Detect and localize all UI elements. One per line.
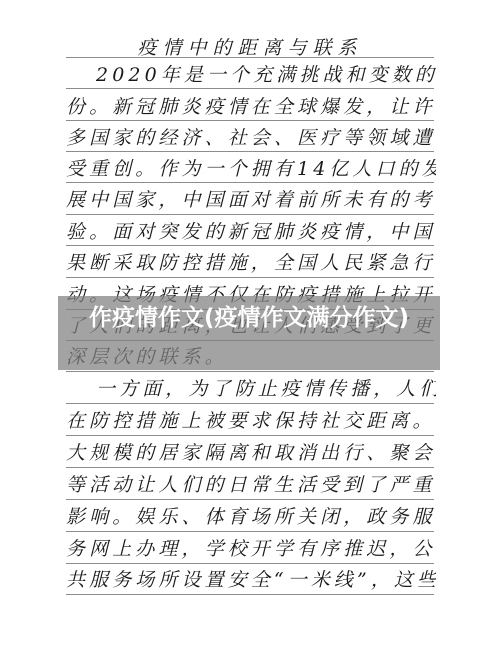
- essay-line: 在防控措施上被要求保持社交距离。: [66, 408, 436, 434]
- ruled-line: [66, 151, 434, 152]
- ruled-line: [66, 120, 434, 121]
- essay-title: 疫情中的距离与联系: [66, 33, 434, 57]
- essay-line: 等活动让人们的日常生活受到了严重: [66, 472, 436, 498]
- ruled-line: [66, 435, 434, 436]
- essay-line: 影响。娱乐、体育场所关闭，政务服: [66, 504, 436, 530]
- ruled-line: [66, 214, 434, 215]
- essay-line: 2020年是一个充满挑战和变数的年: [66, 62, 436, 88]
- essay-line: 展中国家，中国面对着前所未有的考: [66, 187, 436, 213]
- essay-line: 果断采取防控措施，全国人民紧急行: [66, 250, 436, 276]
- ruled-line: [66, 563, 434, 564]
- essay-line: 份。新冠肺炎疫情在全球爆发，让许: [66, 94, 436, 120]
- title-underline: [66, 57, 434, 58]
- essay-line: 受重创。作为一个拥有14亿人口的发: [66, 156, 436, 182]
- caption-overlay-text: 作疫情作文(疫情作文满分作文): [58, 296, 440, 333]
- ruled-line: [66, 182, 434, 183]
- essay-line: 验。面对突发的新冠肺炎疫情，中国: [66, 219, 436, 245]
- ruled-line: [66, 371, 434, 372]
- ruled-line: [66, 277, 434, 278]
- ruled-line: [66, 403, 434, 404]
- essay-line: 大规模的居家隔离和取消出行、聚会: [66, 440, 436, 466]
- essay-line: 一方面，为了防止疫情传播，人们: [66, 376, 436, 402]
- ruled-line: [66, 594, 434, 595]
- ruled-line: [66, 245, 434, 246]
- essay-line: 共服务场所设置安全“一米线”，这些: [66, 567, 436, 593]
- ruled-line: [66, 88, 434, 89]
- ruled-line: [66, 467, 434, 468]
- ruled-line: [66, 531, 434, 532]
- ruled-line: [66, 499, 434, 500]
- essay-line: 务网上办理，学校开学有序推迟，公: [66, 536, 436, 562]
- essay-line: 多国家的经济、社会、医疗等领域遭: [66, 125, 436, 151]
